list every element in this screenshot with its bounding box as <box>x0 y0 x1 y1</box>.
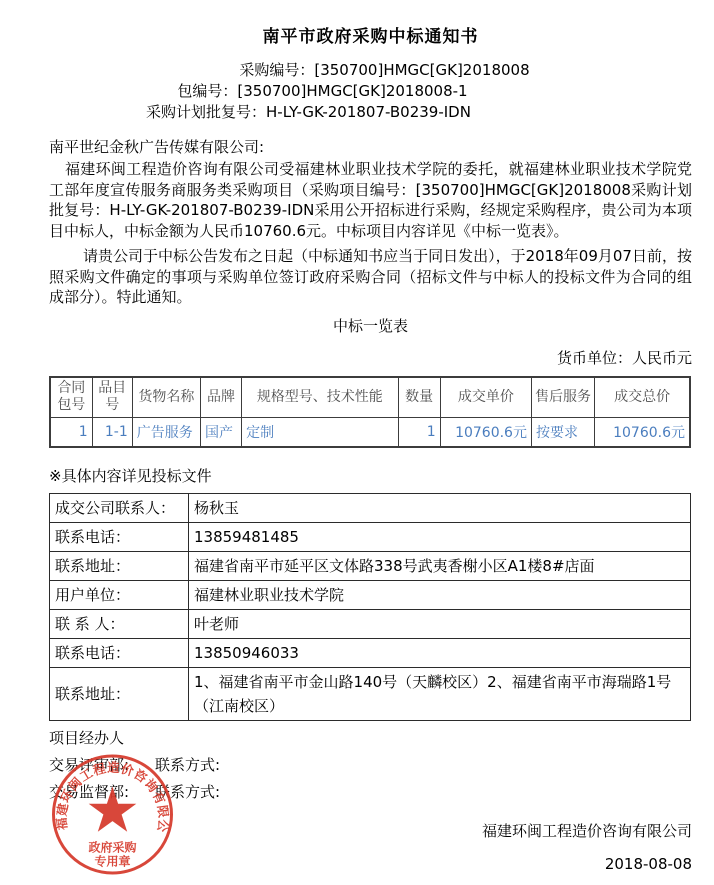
award-notice-page: 南平市政府采购中标通知书 采购编号：[350700]HMGC[GK]201800… <box>0 0 714 885</box>
contact-value: 13859481485 <box>189 522 691 551</box>
stamp-center-line2: 专用章 <box>94 854 130 869</box>
contact-label: 成交公司联系人： <box>50 493 189 522</box>
award-table-data-row: 1 1-1 广告服务 国产 定制 1 10760.6元 按要求 10760.6元 <box>50 417 690 447</box>
contact-label: 联系电话： <box>50 522 189 551</box>
contact-value: 叶老师 <box>189 609 691 638</box>
table-row: 联 系 人： 叶老师 <box>50 609 691 638</box>
plan-approval-number: 采购计划批复号：H-LY-GK-201807-B0239-IDN <box>146 102 471 123</box>
stamp-star-icon <box>89 787 137 832</box>
contact-value: 13850946033 <box>189 638 691 667</box>
col-item-no: 品目号 <box>92 377 132 418</box>
page-title: 南平市政府采购中标通知书 <box>49 0 692 47</box>
contact-value: 福建林业职业技术学院 <box>189 580 691 609</box>
cell-total-price: 10760.6元 <box>595 417 690 447</box>
cell-goods-name: 广告服务 <box>132 417 200 447</box>
addressee: 南平世纪金秋广告传媒有限公司: <box>49 137 692 157</box>
contact-value: 1、福建省南平市金山路140号（天麟校区）2、福建省南平市海瑞路1号（江南校区） <box>189 667 691 720</box>
col-after-sales: 售后服务 <box>531 377 594 418</box>
package-number: 包编号：[350700]HMGC[GK]2018008-1 <box>177 81 467 102</box>
col-contract-package-no: 合同包号 <box>50 377 92 418</box>
contact-value: 福建省南平市延平区文体路338号武夷香榭小区A1楼8#店面 <box>189 551 691 580</box>
currency-note: 货币单位：人民币元 <box>49 347 692 368</box>
table-row: 用户单位： 福建林业职业技术学院 <box>50 580 691 609</box>
award-list-title: 中标一览表 <box>49 315 692 336</box>
project-handler-title: 项目经办人 <box>49 728 692 748</box>
contact-table: 成交公司联系人： 杨秋玉 联系电话： 13859481485 联系地址： 福建省… <box>49 493 691 721</box>
contact-value: 杨秋玉 <box>189 493 691 522</box>
table-row: 联系地址： 1、福建省南平市金山路140号（天麟校区）2、福建省南平市海瑞路1号… <box>50 667 691 720</box>
col-unit-price: 成交单价 <box>440 377 531 418</box>
contact-label: 联系电话： <box>50 638 189 667</box>
cell-after-sales: 按要求 <box>531 417 594 447</box>
table-row: 联系电话： 13859481485 <box>50 522 691 551</box>
table-row: 成交公司联系人： 杨秋玉 <box>50 493 691 522</box>
col-spec-model: 规格型号、技术性能 <box>242 377 398 418</box>
contact-label: 联系地址： <box>50 667 189 720</box>
cell-brand: 国产 <box>200 417 241 447</box>
cell-unit-price: 10760.6元 <box>440 417 531 447</box>
contact-label: 联系地址： <box>50 551 189 580</box>
col-brand: 品牌 <box>200 377 241 418</box>
col-total-price: 成交总价 <box>595 377 690 418</box>
award-table-header-row: 合同包号 品目号 货物名称 品牌 规格型号、技术性能 数量 成交单价 售后服务 … <box>50 377 690 418</box>
detail-note: ※具体内容详见投标文件 <box>49 465 692 486</box>
letter-paragraph-1: 福建环闽工程造价咨询有限公司受福建林业职业技术学院的委托，就福建林业职业技术学院… <box>49 159 692 241</box>
award-table: 合同包号 品目号 货物名称 品牌 规格型号、技术性能 数量 成交单价 售后服务 … <box>49 376 691 448</box>
cell-contract-package-no: 1 <box>50 417 92 447</box>
col-goods-name: 货物名称 <box>132 377 200 418</box>
table-row: 联系地址： 福建省南平市延平区文体路338号武夷香榭小区A1楼8#店面 <box>50 551 691 580</box>
table-row: 联系电话： 13850946033 <box>50 638 691 667</box>
cell-item-no: 1-1 <box>92 417 132 447</box>
official-seal-stamp: 福建环闽工程造价咨询有限公司 政府采购 专用章 <box>49 752 176 878</box>
contact-label: 联 系 人： <box>50 609 189 638</box>
procurement-number: 采购编号：[350700]HMGC[GK]2018008 <box>239 60 529 81</box>
cell-spec-model: 定制 <box>242 417 398 447</box>
letter-paragraph-2: 请贵公司于中标公告发布之日起（中标通知书应当于同日发出），于2018年09月07… <box>49 246 692 308</box>
cell-quantity: 1 <box>398 417 440 447</box>
document-id-block: 采购编号：[350700]HMGC[GK]2018008 包编号：[350700… <box>49 60 692 123</box>
stamp-center-line1: 政府采购 <box>88 840 136 855</box>
col-quantity: 数量 <box>398 377 440 418</box>
contact-label: 用户单位： <box>50 580 189 609</box>
